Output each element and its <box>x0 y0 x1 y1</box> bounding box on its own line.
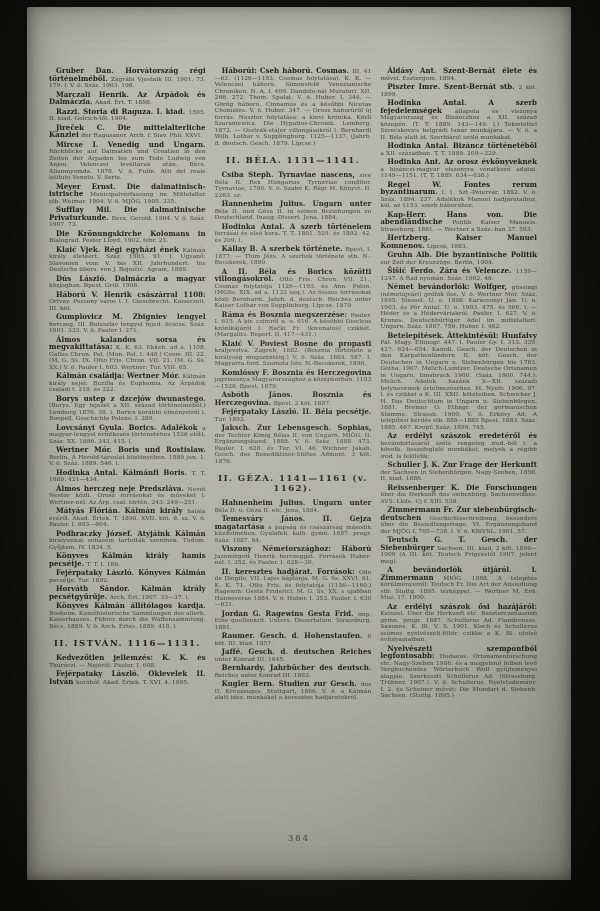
bibliography-entry: Hodinka Antal. A szerb történelem forrás… <box>215 224 372 245</box>
book-page: Gruber Dan. Horvátország régi történelmé… <box>27 7 571 880</box>
entry-details: Thúróczi. — Nejéről: Pauler. I. 608. <box>49 663 156 669</box>
bibliography-entry: Kap-Herr. Hans von. Die abendländische P… <box>380 212 537 234</box>
bibliography-entry: Álmos herczeg neje Predszláva. Nevét Nes… <box>49 486 206 507</box>
entry-details: der Ragusaner. Arch. f. Slav. Phil. XXVI… <box>81 133 202 139</box>
bibliography-entry: Könyves Kálmán király hamis pecsétje. T.… <box>49 553 206 568</box>
bibliography-entry: Razzi. Storia di Raguza. I. kiad. 1595. … <box>49 109 206 123</box>
bibliography-entry: Kállay B. A szerbek története. Bpest, I.… <box>215 246 372 267</box>
bibliography-entry: Kugler Bern. Studien zur Gesch. des II. … <box>215 681 372 702</box>
bibliography-entry: Viszony Németországhoz: Háború Jazomirgo… <box>215 546 372 567</box>
entry-details: Keinzel. Über die Herkunft etc. Beszterc… <box>380 611 537 643</box>
entry-head: Hodinka Ant. Az orosz évkönyveknek <box>387 157 537 166</box>
entry-details: Ortvay. Pozsony város t. I. Giesebrecht.… <box>49 299 206 312</box>
bibliography-entry: Nyelvészeti szempontból legfontosabb: Ho… <box>380 646 537 700</box>
column-1: Gruber Dan. Horvátország régi történelmé… <box>49 68 206 704</box>
bibliography-entry: Meyer Ernst. Die dalmatinisch-istrische … <box>49 184 206 206</box>
entry-head: Gruhn Alb. Die byzantinische Politik <box>387 250 537 259</box>
section-heading: II. ISTVÁN. 1116—1131. <box>49 639 206 649</box>
bibliography-entry: Asbóth János. Bosznia és Herczegovina. B… <box>215 392 372 407</box>
entry-details: Tur. 1892. <box>215 417 246 423</box>
entry-head: Álmos herczeg neje Predszláva. <box>56 484 188 493</box>
column-2: Háborúi: Cseh háború. Cosmas. III. 41—62… <box>215 68 372 704</box>
bibliography-entry: Sufflay Mil. Die dalmatinische Privaturk… <box>49 207 206 229</box>
entry-details: zur Zeit der Kreuzzüge. Berlin, 1904. <box>380 260 493 266</box>
entry-details: Arch. Ért. 1907. 33—37. l. <box>110 595 190 601</box>
entry-head: Podhraczky József. Atyjáink Kálmán <box>56 529 206 538</box>
entry-head: II. keresztes hadjárat. Források: <box>222 567 359 576</box>
entry-head: Az erdélyi szászok ősi hazájáról: <box>387 602 537 611</box>
text-columns: Gruber Dan. Horvátország régi történelmé… <box>49 68 537 704</box>
bibliography-entry: Hodinka Antal. A szerb fejedelemségek ál… <box>380 100 537 141</box>
bibliography-entry: Horváth Sándor. Kálmán király pecsétgyűr… <box>49 586 206 601</box>
entry-details: közjogban. Bpest. Grill. 1906. <box>49 283 139 289</box>
section-heading: II. BÉLA. 1131—1141. <box>215 156 372 166</box>
entry-details: Bialograd. Pester Lloyd. 1902. febr. 21. <box>49 238 168 244</box>
entry-head: Lovcsányi Gyula. Borics. Adalékok <box>56 423 202 432</box>
entry-head: Die Krönungskirche Kolomans in <box>56 229 206 238</box>
bibliography-entry: Regel W. Fontes rerum byzantinarum. I. 1… <box>380 182 537 210</box>
section-heading: II. GÉZA. 1141—1161 (v. 1162). <box>215 474 372 494</box>
bibliography-entry: Šišić Ferdo. Zára és Velencze. 1159—1247… <box>380 268 537 282</box>
entry-head: Ráma és Bosznia megszerzése: <box>222 310 351 319</box>
entry-head: Könyves Kálmán állítólagos kardja. <box>56 601 206 610</box>
bibliography-entry: Jordan G. Ragewins Gesta Frid. imp. Eine… <box>215 611 372 632</box>
bibliography-entry: Az erdélyi szászok ősi hazájáról: Keinze… <box>380 604 537 644</box>
entry-details: unter Konrad III. 1845. <box>215 657 285 663</box>
entry-head: Viszony Németországhoz: Háború <box>222 544 372 553</box>
entry-details: Bpest. 2 köt. 1887. <box>274 401 331 407</box>
entry-head: Áldásy Ant. Szent-Bernát élete és <box>387 66 537 75</box>
entry-head: Háború V. Henrik császárral 1108: <box>56 290 206 299</box>
entry-head: Hannenheim Julius. Ungarn unter <box>222 199 372 208</box>
entry-head: Mátyás Flórián. Kálmán király <box>56 506 187 515</box>
bibliography-entry: Fejérpataky László. Oklevelek II. István… <box>49 671 206 686</box>
bibliography-entry: Hodinka Antal. Kálmánfi Boris. T. T. 188… <box>49 470 206 484</box>
entry-head: Hodinka Antal. Bizáncz történetéből <box>387 141 537 150</box>
entry-details: Berlin. A Herold-társulat közlönyében. 1… <box>49 455 206 468</box>
entry-details: III. 41—62. (1126—1193. Cosmas folytatás… <box>215 69 372 147</box>
bibliography-entry: Temesváry János. II. Gejza magatartása a… <box>215 516 372 544</box>
bibliography-entry: Piszter Imre. Szent-Bernát stb. 2 köt. 1… <box>380 84 537 98</box>
bibliography-entry: Hodinka Antal. Bizáncz történetéből a XI… <box>380 143 537 157</box>
bibliography-entry: Álmos kalandos sorsa és megvakittatása: … <box>49 337 206 372</box>
entry-head: Schuller J. K. Zur Frage der Herkunft <box>387 460 537 469</box>
bibliography-entry: Teutsch G. T. Gesch. der Siebenbürger Sa… <box>380 537 537 565</box>
entry-details: Akad. Ért. T. 1898. <box>95 100 152 106</box>
entry-head: Dús László. Dalmáczia a magyar <box>56 274 206 283</box>
bibliography-entry: Ráma és Bosznia megszerzése: Pauler. I. … <box>215 312 372 339</box>
bibliography-entry: Áldásy Ant. Szent-Bernát élete és művei.… <box>380 68 537 82</box>
entry-head: Piszter Imre. Szent-Bernát stb. <box>387 82 518 91</box>
bibliography-entry: Kedvezőtlen jellemzés: K. K. és Thúróczi… <box>49 655 206 669</box>
entry-head: Klaić V. Poviest Bosne do propasti <box>222 339 372 348</box>
entry-details: jogviszonya Magyarországhoz a középkorba… <box>215 377 372 390</box>
entry-head: Wertner Mór. Boris und Rostislaw. <box>56 445 206 454</box>
entry-details: korából. Akad. Értek. T. XVI. 4. 1895. <box>76 680 189 686</box>
bibliography-entry: Klaić V. Poviest Bosne do propasti kralj… <box>215 341 372 368</box>
bibliography-entry: Mátyás Flórián. Kálmán király halála évé… <box>49 508 206 529</box>
column-3: Áldásy Ant. Szent-Bernát élete és művei.… <box>380 68 537 704</box>
entry-details: a XII. században. T. T. 1889. 209—229. <box>380 151 497 157</box>
entry-details: der Sachsen in Siebenbürgen. Nagy-Szeben… <box>380 470 537 483</box>
entry-head: Razzi. Storia di Raguza. I. kiad. <box>56 107 189 116</box>
entry-head: Raumer. Gesch. d. Hohenstaufen. <box>222 631 368 640</box>
bibliography-entry: Wertner Mór. Boris und Rostislaw. Berlin… <box>49 447 206 468</box>
bibliography-entry: Klaić Vjek. Régi egyházi ének Kálmán kir… <box>49 247 206 274</box>
bibliography-entry: Komlóssy F. Bosznia és Herczegovina jogv… <box>215 370 372 391</box>
entry-head: Gumplovicz M. Zbigniev lengyel <box>56 312 206 321</box>
entry-details: Reiches unter Konrad III. 1883. <box>215 673 311 679</box>
bibliography-entry: Mircse I. Venedig und Ungarn. Rückblicke… <box>49 142 206 182</box>
entry-details: Jazomirgott Henrik herczeggel. Források … <box>215 554 372 567</box>
entry-details: Hodaeus. Ortsnamenforschung etc. Nagy-Sz… <box>380 654 537 699</box>
entry-details: királyunkat sohasem tartották szentnek. … <box>49 538 206 551</box>
bibliography-entry: Kálmán családja: Wertner Mór. Kálmán kir… <box>49 373 206 394</box>
bibliography-entry: Reissenberger K. Die Forschungen über di… <box>380 485 537 506</box>
entry-head: Hahnenheim Julius. Ungarn unter <box>222 498 372 507</box>
entry-details: Lipcse, 1883. <box>427 244 468 250</box>
entry-head: Bernhardy. Jahrbücher des deutsch. <box>222 663 372 672</box>
bibliography-entry: Lovcsányi Gyula. Borics. Adalékok a magy… <box>49 425 206 446</box>
entry-details: Pál. Magy. Ethnogr. 447. l. Pauler Gy. I… <box>380 340 537 431</box>
entry-details: Rückblicke auf Dalmatien und Croatien in… <box>49 149 206 181</box>
entry-details: der Tochter König Bélas II. von Ungarn. … <box>215 433 372 465</box>
bibliography-entry: Hannenheim Julius. Ungarn unter Béla II.… <box>215 201 372 222</box>
entry-details: (Borys. Egy fejezet a XII. század történ… <box>49 403 206 422</box>
entry-head: Borys ustep z dzcejów dwunastego. <box>56 394 206 403</box>
entry-head: Betelepítések. Áttekintésül: Hunfalvy <box>387 331 537 340</box>
entry-head: Német bevándorlók: Wolfger, <box>387 282 511 291</box>
entry-head: Jordan G. Ragewins Gesta Frid. <box>222 609 358 618</box>
bibliography-entry: Hertzberg. Kaiser Manuel Komnenos. Lipcs… <box>380 235 537 250</box>
bibliography-entry: Betelepítések. Áttekintésül: Hunfalvy Pá… <box>380 333 537 432</box>
entry-details: Béla II. und Géza II. in seinen Beziehun… <box>215 209 372 222</box>
bibliography-entry: Háborúi: Cseh háború. Cosmas. III. 41—62… <box>215 68 372 147</box>
entry-head: Fejérpataky László. II. Béla pecsétje. <box>222 407 372 416</box>
bibliography-entry: Gruber Dan. Horvátország régi történelmé… <box>49 68 206 90</box>
bibliography-entry: Bernhardy. Jahrbücher des deutsch. Reich… <box>215 665 372 679</box>
bibliography-entry: Raumer. Gesch. d. Hohenstaufen. 6 köt. I… <box>215 633 372 647</box>
bibliography-entry: Hahnenheim Julius. Ungarn unter Béla II.… <box>215 500 372 514</box>
entry-head: Jaksch. Zur Lebensgesch. Sophias, <box>222 423 372 432</box>
bibliography-entry: Borys ustep z dzcejów dwunastego. (Borys… <box>49 396 206 423</box>
entry-head: Kálmán családja: Wertner Mór. <box>56 371 183 380</box>
bibliography-entry: Német bevándorlók: Wolfger, güssingi (né… <box>380 284 537 331</box>
entry-details: herczeg, III. Boleszláv lengyel fejed. ö… <box>49 322 206 335</box>
page-number: 384 <box>27 834 571 844</box>
bibliography-entry: Háború V. Henrik császárral 1108: Ortvay… <box>49 292 206 313</box>
entry-details: forrásai és első kora. T. T. 1891. 529. … <box>215 231 372 244</box>
bibliography-entry: Zimmermann Fr. Zur siebenbürgisch-deutsc… <box>380 507 537 535</box>
bibliography-entry: Könyves Kálmán állítólagos kardja. Boshe… <box>49 603 206 630</box>
entry-head: Hodinka Antal. Kálmánfi Boris. <box>56 468 192 477</box>
entry-details: Béla II. u. Géza II. etc. Jena, 1884. <box>215 508 320 514</box>
bibliography-entry: Podhraczky József. Atyjáink Kálmán királ… <box>49 531 206 552</box>
entry-head: Hodinka Antal. A szerb történelem <box>222 222 372 231</box>
bibliography-entry: Csiba Steph. Tyrnaviae nascens, sive Bél… <box>215 172 372 199</box>
bibliography-entry: A bevándorlók útjáról. l. Zimmermann MIÖ… <box>380 567 537 602</box>
entry-head: Az erdélyi szászok eredetéről és <box>387 431 537 440</box>
entry-head: Mircse I. Venedig und Ungarn. <box>56 140 206 149</box>
bibliography-entry: Az erdélyi szászok eredetéről és bevándo… <box>380 433 537 460</box>
entry-head: Jaffé. Gesch. d. deutschen Reiches <box>222 647 372 656</box>
entry-head: Komlóssy F. Bosznia és Herczegovina <box>222 368 372 377</box>
entry-details: Bosheim. Kunsthistorische Sammlungen des… <box>49 611 206 630</box>
bibliography-entry: Jaksch. Zur Lebensgesch. Sophias, der To… <box>215 425 372 465</box>
bibliography-entry: Hodinka Ant. Az orosz évkönyveknek a biz… <box>380 159 537 180</box>
bibliography-entry: Dús László. Dalmáczia a magyar közjogban… <box>49 276 206 290</box>
entry-head: Kállay B. A szerbek története. <box>222 244 346 253</box>
bibliography-entry: Fejérpataky László. Könyves Kálmán pecsé… <box>49 570 206 584</box>
bibliography-entry: Marczali Henrik. Az Árpádok és Dalmáczia… <box>49 92 206 107</box>
bibliography-entry: Jaffé. Gesch. d. deutschen Reiches unter… <box>215 649 372 663</box>
entry-details: Odo de Diogilo, VII. Lajos káplánja. M. … <box>215 570 372 609</box>
bibliography-entry: Fejérpataky László. II. Béla pecsétje. T… <box>215 409 372 423</box>
bibliography-entry: Gruhn Alb. Die byzantinische Politik zur… <box>380 252 537 266</box>
bibliography-entry: Schuller J. K. Zur Frage der Herkunft de… <box>380 462 537 483</box>
entry-head: Klaić Vjek. Régi egyházi ének <box>56 245 183 254</box>
entry-details: über die Herkunft des siebenbürg. Sachse… <box>380 492 537 505</box>
entry-head: Kugler Bern. Studien zur Gesch. <box>222 679 361 688</box>
entry-head: Kedvezőtlen jellemzés: K. K. és <box>56 653 206 662</box>
entry-details: kraljevstva. Zagreb, 1882. (Bosznia tört… <box>215 348 372 367</box>
bibliography-entry: A II. Béla és Borics közötti villongások… <box>215 269 372 310</box>
entry-details: pecsétje. Tur. 1892. <box>49 578 109 584</box>
entry-head: Háborúi: Cseh háború. Cosmas. <box>222 66 352 75</box>
entry-details: T. T. I. 186. <box>87 562 120 568</box>
entry-details: güssingi (németújvári) grófok őse. V. ö.… <box>380 285 537 330</box>
bibliography-entry: Die Krönungskirche Kolomans in Bialograd… <box>49 231 206 245</box>
entry-details: művei. Esztergom. 1894. <box>380 76 456 82</box>
entry-head: Fejérpataky László. Könyves Kálmán <box>56 568 206 577</box>
bibliography-entry: Gumplovicz M. Zbigniev lengyel herczeg, … <box>49 314 206 335</box>
entry-details: a bizánczi-magyar viszonyra vonatkozó ad… <box>380 167 537 180</box>
bibliography-entry: II. keresztes hadjárat. Források: Odo de… <box>215 569 372 609</box>
bibliography-entry: Jireček C. Die mittelalterliche Kanzlei … <box>49 125 206 140</box>
entry-head: Könyves Kálmán király hamis pecsétje. <box>49 551 206 568</box>
entry-head: Šišić Ferdo. Zára és Velencze. <box>387 266 516 275</box>
entry-head: Reissenberger K. Die Forschungen <box>387 483 537 492</box>
entry-head: Csiba Steph. Tyrnaviae nascens, <box>222 170 360 179</box>
entry-details: bevándorlásáról szóló rengeteg irod.-ból… <box>380 441 537 460</box>
